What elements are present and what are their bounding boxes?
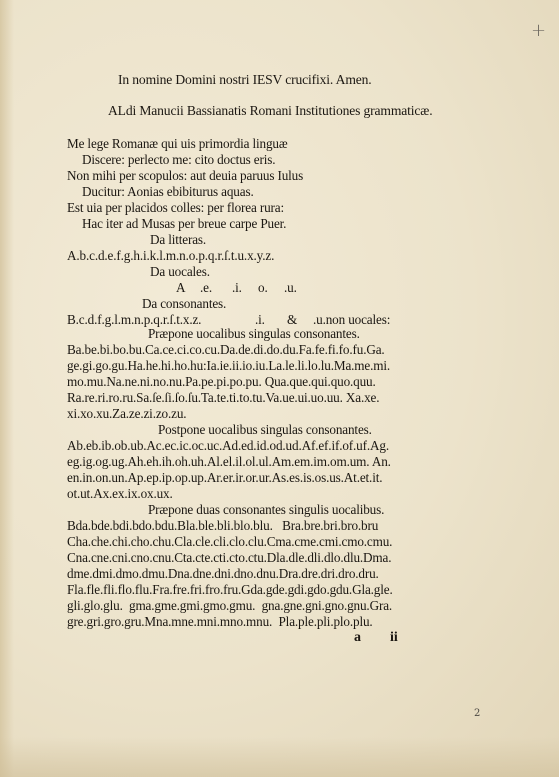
book-page: + In nomine Domini nostri IESV crucifixi…	[0, 0, 559, 777]
poem-line: Ducitur: Aonias ebibiturus aquas.	[82, 184, 254, 199]
alphabet-line: A.b.c.d.e.f.g.h.i.k.l.m.n.o.p.q.r.ſ.t.u.…	[67, 248, 274, 263]
signature-mark: a	[354, 630, 361, 646]
invocation-line: In nomine Domini nostri IESV crucifixi. …	[118, 72, 372, 87]
page-edge-shadow	[0, 0, 14, 777]
syllable-line: Bda.bde.bdi.bdo.bdu.Bla.ble.bli.blo.blu.…	[67, 518, 378, 533]
vowel: .e.	[200, 280, 212, 295]
syllable-line: xi.xo.xu.Za.ze.zi.zo.zu.	[67, 406, 186, 421]
syllable-line: gli.glo.glu. gma.gme.gmi.gmo.gmu. gna.gn…	[67, 598, 392, 613]
consonants-note: .i.	[255, 312, 265, 327]
vowel: .i.	[232, 280, 242, 295]
folio-number: 2	[474, 708, 480, 719]
syllable-line: Cna.cne.cni.cno.cnu.Cta.cte.cti.cto.ctu.…	[67, 550, 391, 565]
syllable-line: Ba.be.bi.bo.bu.Ca.ce.ci.co.cu.Da.de.di.d…	[67, 342, 385, 357]
consonants-note: &	[287, 312, 297, 327]
praepone-heading: Præpone uocalibus singulas consonantes.	[148, 326, 360, 341]
syllable-line: eg.ig.og.ug.Ah.eh.ih.oh.uh.Al.el.il.ol.u…	[67, 454, 391, 469]
poem-line: Est uia per placidos colles: per florea …	[67, 200, 284, 215]
syllable-line: gre.gri.gro.gru.Mna.mne.mni.mno.mnu. Pla…	[67, 614, 373, 629]
syllable-line: ot.ut.Ax.ex.ix.ox.ux.	[67, 486, 173, 501]
signature-mark: ii	[390, 630, 398, 646]
syllable-line: mo.mu.Na.ne.ni.no.nu.Pa.pe.pi.po.pu. Qua…	[67, 374, 376, 389]
syllable-line: ge.gi.go.gu.Ha.he.hi.ho.hu:Ia.ie.ii.io.i…	[67, 358, 390, 373]
postpone-heading: Postpone uocalibus singulas consonantes.	[158, 422, 372, 437]
litteras-heading: Da litteras.	[150, 232, 206, 247]
vowel: o.	[258, 280, 268, 295]
pencil-cross-mark-icon: +	[531, 20, 546, 41]
syllable-line: dme.dmi.dmo.dmu.Dna.dne.dni.dno.dnu.Dra.…	[67, 566, 379, 581]
duas-heading: Præpone duas consonantes singulis uocali…	[148, 502, 384, 517]
poem-line: Non mihi per scopulos: aut deuia paruus …	[67, 168, 303, 183]
poem-line: Me lege Romanæ qui uis primordia linguæ	[67, 136, 288, 151]
syllable-line: Ab.eb.ib.ob.ub.Ac.ec.ic.oc.uc.Ad.ed.id.o…	[67, 438, 389, 453]
syllable-line: en.in.on.un.Ap.ep.ip.op.up.Ar.er.ir.or.u…	[67, 470, 382, 485]
syllable-line: Ra.re.ri.ro.ru.Sa.ſe.ſi.ſo.ſu.Ta.te.ti.t…	[67, 390, 379, 405]
consonants-line: B.c.d.f.g.l.m.n.p.q.r.ſ.t.x.z.	[67, 312, 201, 327]
syllable-line: Cha.che.chi.cho.chu.Cla.cle.cli.clo.clu.…	[67, 534, 392, 549]
consonants-note: .u.non uocales:	[313, 312, 390, 327]
title-line: ALdi Manucii Bassianatis Romani Institut…	[108, 103, 432, 118]
consonantes-heading: Da consonantes.	[142, 296, 226, 311]
syllable-line: Fla.fle.fli.flo.flu.Fra.fre.fri.fro.fru.…	[67, 582, 393, 597]
vowel: A	[176, 280, 185, 295]
poem-line: Hac iter ad Musas per breue carpe Puer.	[82, 216, 286, 231]
poem-line: Discere: perlecto me: cito doctus eris.	[82, 152, 275, 167]
page-bottom-stain	[0, 737, 559, 777]
vowel: .u.	[284, 280, 297, 295]
uocales-heading: Da uocales.	[150, 264, 210, 279]
